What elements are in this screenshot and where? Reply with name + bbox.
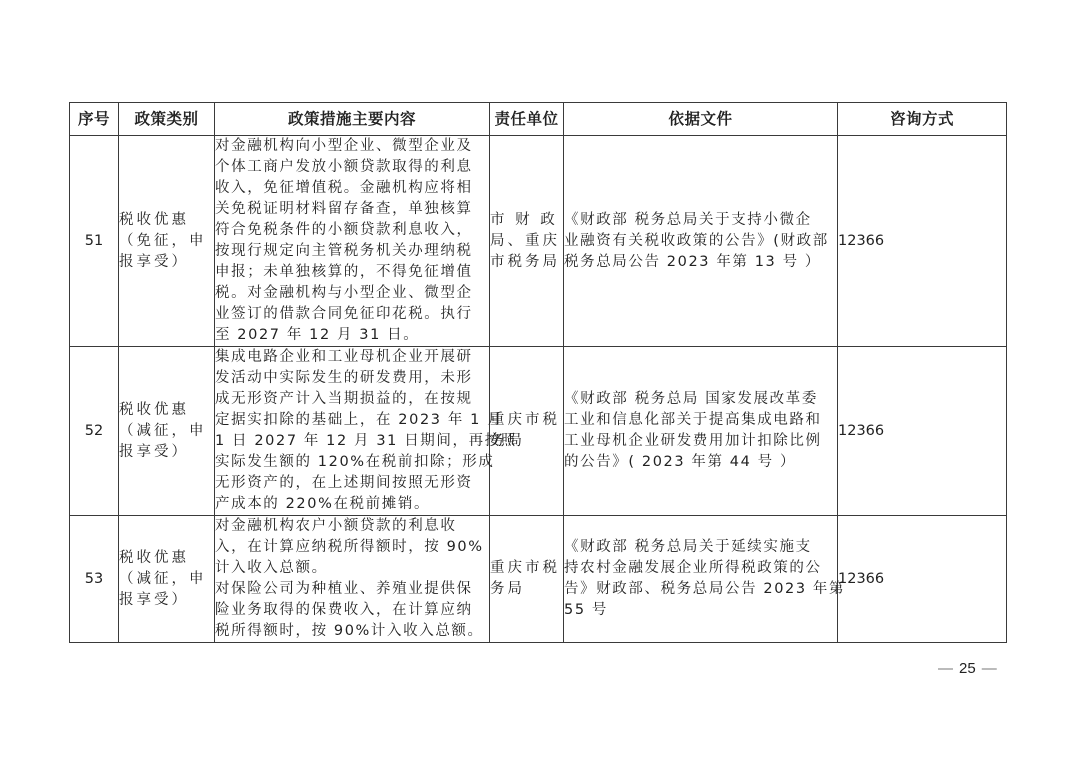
unit-line: 重庆市税 (490, 410, 563, 431)
content-line: 申报；未单独核算的，不得免征增值 (215, 262, 489, 283)
document-line: 工业和信息化部关于提高集成电路和 (564, 410, 837, 431)
content-line: 入，在计算应纳税所得额时，按 90% (215, 537, 489, 558)
content-line: 产成本的 220%在税前摊销。 (215, 494, 489, 515)
content-line: 对金融机构向小型企业、微型企业及 (215, 136, 489, 157)
header-content: 政策措施主要内容 (215, 103, 490, 136)
category-line: 报享受） (119, 252, 214, 273)
policy-content: 对金融机构向小型企业、微型企业及 个体工商户发放小额贷款取得的利息 收入，免征增… (215, 136, 490, 347)
contact-method: 12366 (838, 136, 1007, 347)
unit-line: 市 财 政 (490, 210, 563, 231)
policy-table: 序号 政策类别 政策措施主要内容 责任单位 依据文件 咨询方式 51 税收优惠 … (69, 102, 1007, 643)
content-line: 险业务取得的保费收入，在计算应纳 (215, 600, 489, 621)
contact-method: 12366 (838, 347, 1007, 516)
content-line: 对金融机构农户小额贷款的利息收 (215, 516, 489, 537)
category-line: （免征，申 (119, 231, 214, 252)
policy-content: 对金融机构农户小额贷款的利息收 入，在计算应纳税所得额时，按 90% 计入收入总… (215, 516, 490, 643)
table-row: 51 税收优惠 （免征，申 报享受） 对金融机构向小型企业、微型企业及 个体工商… (70, 136, 1007, 347)
category-line: 税收优惠 (119, 400, 214, 421)
page-number: —25— (932, 660, 1003, 677)
content-line: 个体工商户发放小额贷款取得的利息 (215, 157, 489, 178)
content-line: 税。对金融机构与小型企业、微型企 (215, 283, 489, 304)
responsible-unit: 重庆市税 务局 (490, 516, 564, 643)
page-dash-left: — (938, 660, 953, 677)
unit-line: 重庆市税 (490, 558, 563, 579)
category-line: 报享受） (119, 590, 214, 611)
category-line: （减征，申 (119, 569, 214, 590)
header-document: 依据文件 (564, 103, 838, 136)
document-line: 的公告》( 2023 年第 44 号 ） (564, 452, 837, 473)
policy-category: 税收优惠 （减征，申 报享受） (119, 347, 215, 516)
contact-method: 12366 (838, 516, 1007, 643)
content-line: 对保险公司为种植业、养殖业提供保 (215, 579, 489, 600)
policy-content: 集成电路企业和工业母机企业开展研 发活动中实际发生的研发费用，未形 成无形资产计… (215, 347, 490, 516)
basis-document: 《财政部 税务总局关于支持小微企 业融资有关税收政策的公告》(财政部 税务总局公… (564, 136, 838, 347)
content-line: 发活动中实际发生的研发费用，未形 (215, 368, 489, 389)
row-number: 52 (70, 347, 119, 516)
table-header-row: 序号 政策类别 政策措施主要内容 责任单位 依据文件 咨询方式 (70, 103, 1007, 136)
policy-category: 税收优惠 （减征，申 报享受） (119, 516, 215, 643)
policy-category: 税收优惠 （免征，申 报享受） (119, 136, 215, 347)
document-line: 《财政部 税务总局关于延续实施支 (564, 537, 837, 558)
responsible-unit: 市 财 政 局、重庆 市税务局 (490, 136, 564, 347)
category-line: （减征，申 (119, 421, 214, 442)
document-line: 55 号 (564, 600, 837, 621)
content-line: 1 日 2027 年 12 月 31 日期间，再按照 (215, 431, 489, 452)
content-line: 定据实扣除的基础上，在 2023 年 1 月 (215, 410, 489, 431)
content-line: 至 2027 年 12 月 31 日。 (215, 325, 489, 346)
document-line: 《财政部 税务总局 国家发展改革委 (564, 389, 837, 410)
header-unit: 责任单位 (490, 103, 564, 136)
content-line: 符合免税条件的小额贷款利息收入， (215, 220, 489, 241)
row-number: 53 (70, 516, 119, 643)
unit-line: 务局 (490, 431, 563, 452)
table-row: 52 税收优惠 （减征，申 报享受） 集成电路企业和工业母机企业开展研 发活动中… (70, 347, 1007, 516)
content-line: 税所得额时，按 90%计入收入总额。 (215, 621, 489, 642)
content-line: 成无形资产计入当期损益的，在按规 (215, 389, 489, 410)
content-line: 收入，免征增值税。金融机构应将相 (215, 178, 489, 199)
document-line: 业融资有关税收政策的公告》(财政部 (564, 231, 837, 252)
header-contact: 咨询方式 (838, 103, 1007, 136)
page-number-value: 25 (959, 660, 976, 677)
row-number: 51 (70, 136, 119, 347)
header-seq: 序号 (70, 103, 119, 136)
basis-document: 《财政部 税务总局关于延续实施支 持农村金融发展企业所得税政策的公 告》财政部、… (564, 516, 838, 643)
content-line: 无形资产的，在上述期间按照无形资 (215, 473, 489, 494)
document-line: 工业母机企业研发费用加计扣除比例 (564, 431, 837, 452)
content-line: 关免税证明材料留存备查，单独核算 (215, 199, 489, 220)
responsible-unit: 重庆市税 务局 (490, 347, 564, 516)
unit-line: 局、重庆 (490, 231, 563, 252)
category-line: 报享受） (119, 442, 214, 463)
unit-line: 市税务局 (490, 252, 563, 273)
document-line: 税务总局公告 2023 年第 13 号 ） (564, 252, 837, 273)
category-line: 税收优惠 (119, 548, 214, 569)
document-line: 持农村金融发展企业所得税政策的公 (564, 558, 837, 579)
content-line: 集成电路企业和工业母机企业开展研 (215, 347, 489, 368)
document-line: 告》财政部、税务总局公告 2023 年第 (564, 579, 837, 600)
table-row: 53 税收优惠 （减征，申 报享受） 对金融机构农户小额贷款的利息收 入，在计算… (70, 516, 1007, 643)
content-line: 计入收入总额。 (215, 558, 489, 579)
header-category: 政策类别 (119, 103, 215, 136)
document-line: 《财政部 税务总局关于支持小微企 (564, 210, 837, 231)
page-dash-right: — (982, 660, 997, 677)
content-line: 业签订的借款合同免征印花税。执行 (215, 304, 489, 325)
unit-line: 务局 (490, 579, 563, 600)
content-line: 实际发生额的 120%在税前扣除；形成 (215, 452, 489, 473)
category-line: 税收优惠 (119, 210, 214, 231)
basis-document: 《财政部 税务总局 国家发展改革委 工业和信息化部关于提高集成电路和 工业母机企… (564, 347, 838, 516)
content-line: 按现行规定向主管税务机关办理纳税 (215, 241, 489, 262)
